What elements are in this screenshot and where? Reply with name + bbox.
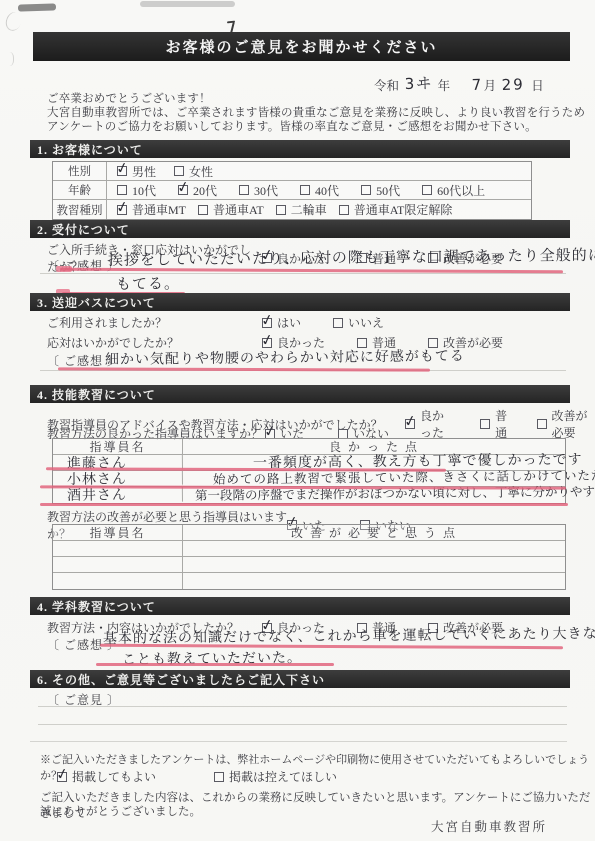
option-label: はい bbox=[277, 314, 301, 331]
checkbox-icon bbox=[338, 429, 348, 439]
bus-comment-handwritten: 細かい気配りや物腰のやわらかい対応に好感がもてる bbox=[105, 345, 465, 369]
checkbox-icon bbox=[239, 185, 249, 195]
option-label: 男性 bbox=[132, 163, 156, 180]
pencil-squiggle bbox=[3, 52, 14, 66]
checkbox-icon bbox=[117, 166, 127, 176]
row-label-course-type: 教習種別 bbox=[53, 200, 107, 219]
question-text: ご利用されましたか？ bbox=[47, 314, 262, 331]
table-row-empty bbox=[53, 573, 565, 589]
option-no: いいえ bbox=[333, 314, 384, 331]
intro-text: ご卒業おめでとうございます！ 大宮自動車教習所では、ご卒業されます皆様の貴重なご… bbox=[47, 92, 585, 135]
option-label: 普通車MT bbox=[132, 201, 186, 218]
option-label: 30代 bbox=[254, 182, 278, 199]
intro-line: 大宮自動車教習所では、ご卒業されます皆様の貴重なご意見を業務に反映し、より良い教… bbox=[47, 106, 585, 120]
option-at-limit-release: 普通車AT限定解除 bbox=[339, 201, 453, 218]
option-label: 二輪車 bbox=[291, 201, 327, 218]
section2-title-bar: 2. 受付について bbox=[30, 220, 570, 238]
option-label: いいえ bbox=[348, 314, 384, 331]
row-label-age: 年齢 bbox=[53, 181, 107, 199]
option-label: 50代 bbox=[376, 182, 400, 199]
option-label: 40代 bbox=[315, 182, 339, 199]
option-motorcycle: 二輪車 bbox=[276, 201, 327, 218]
option-female: 女性 bbox=[174, 163, 213, 180]
option-label: 60代以上 bbox=[437, 182, 485, 199]
section5-title-bar: 4. 学科教習について bbox=[30, 597, 570, 615]
scanned-questionnaire-page: お客様のご意見をお聞かせください 令和 3ヰ 年 7 月 29 日 ご卒業おめで… bbox=[0, 0, 595, 841]
intro-line: アンケートのご協力をお願いしております。皆様の率直なご意見・ご感想をお聞かせ下さ… bbox=[47, 120, 585, 134]
page-title: お客様のご意見をお聞かせください bbox=[33, 32, 570, 61]
option-normal: 普通 bbox=[480, 407, 510, 441]
checkbox-icon bbox=[361, 185, 371, 195]
section6-title-bar: 6. その他、ご意見等ございましたらご記入下さい bbox=[30, 670, 570, 688]
option-age-20s: 20代 bbox=[178, 182, 217, 199]
closing-text: 誠にありがとうございました。 bbox=[40, 803, 201, 819]
option-at: 普通車AT bbox=[198, 201, 264, 218]
checkbox-icon bbox=[339, 205, 349, 215]
option-age-60s: 60代以上 bbox=[422, 182, 485, 199]
option-age-30s: 30代 bbox=[239, 182, 278, 199]
option-label: 普通車AT限定解除 bbox=[354, 201, 453, 218]
pink-underline bbox=[40, 503, 568, 506]
reception-comment-handwritten: もてる。 bbox=[116, 272, 180, 294]
publication-consent-options: 掲載してもよい 掲載は控えてほしい bbox=[57, 768, 337, 785]
checkbox-icon bbox=[178, 185, 188, 195]
good-point-handwritten: 第一段階の序盤でまだ操作がおぼつかない頃に対し、丁寧に分かりやすく指導してくれた… bbox=[183, 482, 595, 503]
option-age-50s: 50代 bbox=[361, 182, 400, 199]
row-label-gender: 性別 bbox=[53, 162, 107, 180]
checkbox-icon bbox=[405, 419, 415, 429]
checkbox-icon bbox=[262, 318, 272, 328]
option-mt: 普通車MT bbox=[117, 201, 186, 218]
option-male: 男性 bbox=[117, 163, 156, 180]
option-age-40s: 40代 bbox=[300, 182, 339, 199]
section4-title-bar: 4. 技能教習について bbox=[30, 385, 570, 403]
checkbox-icon bbox=[57, 772, 67, 782]
ruled-line bbox=[30, 741, 567, 742]
option-label: 良かった bbox=[420, 407, 454, 441]
checkbox-icon bbox=[174, 166, 184, 176]
bus-used-question-row: ご利用されましたか？ はい いいえ bbox=[47, 314, 384, 331]
ruled-line bbox=[38, 724, 567, 725]
checkbox-icon bbox=[262, 338, 272, 348]
option-yes: はい bbox=[262, 314, 301, 331]
option-label: 女性 bbox=[189, 163, 213, 180]
scan-smudge bbox=[18, 3, 56, 11]
checkbox-icon bbox=[537, 419, 547, 429]
section3-title-bar: 3. 送迎バスについて bbox=[30, 293, 570, 311]
table-row-empty bbox=[53, 541, 565, 557]
checkbox-icon bbox=[265, 429, 275, 439]
year-handwritten: 3ヰ bbox=[404, 72, 433, 94]
date-line: 令和 3ヰ 年 7 月 29 日 bbox=[374, 73, 544, 94]
option-needs-improvement: 改善が必要 bbox=[537, 407, 595, 441]
option-publish-no: 掲載は控えてほしい bbox=[214, 768, 337, 785]
option-label: 掲載してもよい bbox=[72, 768, 156, 785]
pink-underline bbox=[96, 663, 334, 666]
checkbox-icon bbox=[198, 205, 208, 215]
school-signature: 大宮自動車教習所 bbox=[431, 817, 547, 835]
table-header-improve-point: 改 善 が 必 要 と 思 う 点 bbox=[183, 525, 565, 540]
option-label: 10代 bbox=[132, 182, 156, 199]
option-label: 掲載は控えてほしい bbox=[229, 768, 337, 785]
checkbox-icon bbox=[276, 205, 286, 215]
option-label: 普通 bbox=[495, 407, 510, 441]
checkbox-icon bbox=[117, 205, 127, 215]
improvement-instructors-table: 指導員名 改 善 が 必 要 と 思 う 点 bbox=[52, 524, 566, 590]
checkbox-icon bbox=[117, 185, 127, 195]
pink-underline bbox=[58, 367, 430, 371]
section1-title-bar: 1. お客様について bbox=[30, 140, 570, 158]
checkbox-icon bbox=[300, 185, 310, 195]
customer-info-table: 性別 男性 女性 年齢 10代 20代 30代 40代 50代 60代以上 教習… bbox=[52, 161, 532, 220]
reception-comment-handwritten: 挨拶をしていただいたり、応対の際も丁寧な口調であったり全般的に好感が bbox=[108, 243, 595, 270]
checkbox-icon bbox=[480, 419, 490, 429]
checkbox-icon bbox=[422, 185, 432, 195]
option-publish-ok: 掲載してもよい bbox=[57, 768, 156, 785]
pencil-squiggle bbox=[3, 10, 23, 33]
option-label: 20代 bbox=[193, 182, 217, 199]
option-label: 普通車AT bbox=[213, 201, 264, 218]
intro-line: ご卒業おめでとうございます！ bbox=[47, 92, 585, 106]
checkbox-icon bbox=[214, 772, 224, 782]
option-label: 改善が必要 bbox=[552, 407, 595, 441]
table-row-empty bbox=[53, 557, 565, 573]
checkbox-icon bbox=[333, 318, 343, 328]
option-age-10s: 10代 bbox=[117, 182, 156, 199]
scan-streak bbox=[140, 1, 235, 7]
table-header-instructor: 指導員名 bbox=[53, 525, 183, 540]
ruled-line bbox=[38, 706, 567, 707]
option-good: 良かった bbox=[405, 407, 454, 441]
